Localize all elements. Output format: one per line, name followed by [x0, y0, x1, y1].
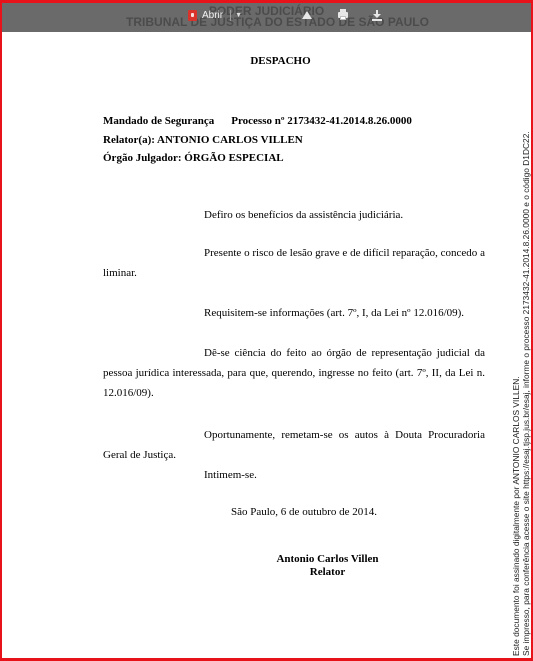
google-drive-icon[interactable] [302, 11, 312, 19]
paragraph: Oportunamente, remetam-se os autos à Dou… [103, 425, 485, 465]
case-metadata: Mandado de SegurançaProcesso nº 2173432-… [103, 112, 412, 168]
paragraph: Dê-se ciência do feito ao órgão de repre… [103, 343, 485, 403]
paragraph: Intimem-se. [103, 465, 485, 485]
document-page: PODER JUDICIÁRIO TRIBUNAL DE JUSTIÇA DO … [0, 0, 533, 661]
case-type: Mandado de Segurança [103, 115, 214, 127]
stamp-line-2: Se impresso, para conferência acesse o s… [521, 156, 531, 656]
rapporteur: Relator(a): ANTONIO CARLOS VILLEN [103, 131, 412, 150]
judging-body: Órgão Julgador: ÓRGÃO ESPECIAL [103, 149, 412, 168]
toolbar-divider [230, 10, 231, 21]
signature-block: Antonio Carlos Villen Relator [0, 553, 533, 579]
paragraph: Presente o risco de lesão grave e de dif… [103, 243, 485, 283]
document-title: DESPACHO [0, 55, 533, 67]
paragraph: Defiro os benefícios da assistência judi… [103, 205, 485, 225]
date-place: São Paulo, 6 de outubro de 2014. [231, 506, 377, 518]
chevron-down-icon[interactable]: ▼ [235, 12, 242, 19]
download-icon[interactable] [372, 10, 382, 21]
pdf-viewer-toolbar: Abrir ▼ [0, 0, 533, 32]
open-button[interactable]: Abrir [202, 10, 223, 21]
signer-role: Relator [122, 566, 533, 579]
print-icon[interactable] [338, 12, 348, 18]
signer-name: Antonio Carlos Villen [122, 553, 533, 566]
digital-signature-stamp: Este documento foi assinado digitalmente… [511, 156, 531, 656]
process-number: Processo nº 2173432-41.2014.8.26.0000 [231, 115, 412, 127]
paragraph: Requisitem-se informações (art. 7º, I, d… [103, 303, 485, 323]
stamp-line-1: Este documento foi assinado digitalmente… [511, 156, 521, 656]
pdf-icon [188, 10, 197, 21]
